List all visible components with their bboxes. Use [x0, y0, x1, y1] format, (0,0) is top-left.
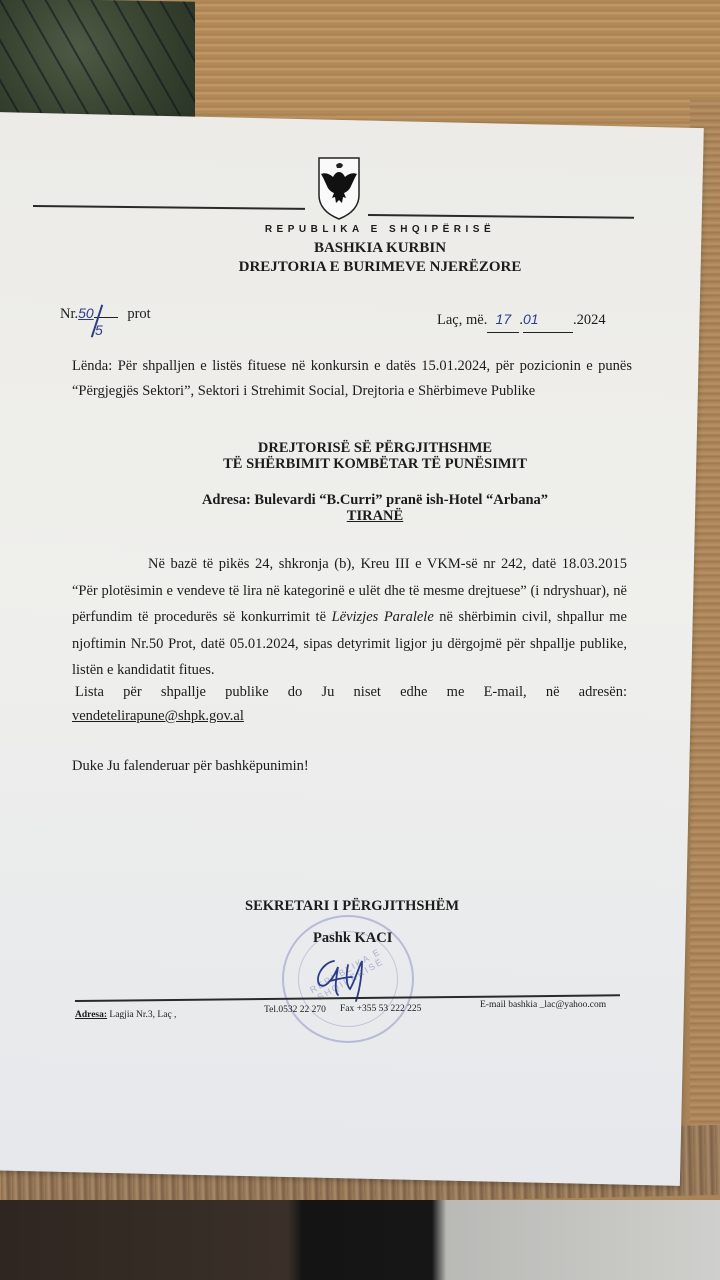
recipient-address: Adresa: Bulevardi “B.Curri” pranë ish-Ho…: [0, 492, 720, 509]
day-handwritten: 17: [487, 307, 519, 333]
prot-label: prot: [127, 306, 150, 322]
albanian-coat-of-arms-icon: [316, 155, 362, 221]
body-paragraph-2: Lista për shpallje publike do Ju niset e…: [75, 680, 627, 705]
signatory-title: SEKRETARI I PËRGJITHSHËM: [245, 898, 459, 915]
year: .2024: [573, 312, 606, 328]
italic-term: Lëvizjes Paralele: [332, 609, 434, 625]
footer-email: E-mail bashkia _lac@yahoo.com: [480, 1000, 606, 1010]
signatory-name: Pashk KACI: [313, 930, 392, 947]
nr-handwritten: 50: [78, 305, 94, 321]
recipient-line-2: TË SHËRBIMIT KOMBËTAR TË PUNËSIMIT: [0, 456, 720, 473]
department-heading: DREJTORIA E BURIMEVE NJERËZORE: [0, 259, 720, 276]
footer-tel: Tel.0532 22 270: [264, 1005, 326, 1015]
nr-label: Nr.: [60, 306, 78, 322]
protocol-number: Nr.50 prot: [60, 301, 151, 327]
place-date: Laç, më.17.01.2024: [437, 307, 606, 333]
footer-fax: Fax +355 53 222 225: [340, 1004, 421, 1014]
footer-address: Adresa: Lagjia Nr.3, Laç ,: [75, 1010, 176, 1020]
month-handwritten: 01: [523, 307, 573, 333]
header-rule-right: [368, 214, 634, 219]
republic-heading: REPUBLIKA E SHQIPËRISË: [0, 224, 720, 235]
recipient-city: TIRANË: [0, 508, 720, 525]
recipient-line-1: DREJTORISË SË PËRGJITHSHME: [0, 440, 720, 457]
municipality-heading: BASHKIA KURBIN: [0, 240, 720, 257]
body-paragraph-1: Në bazë të pikës 24, shkronja (b), Kreu …: [72, 551, 627, 684]
header-rule-left: [33, 205, 305, 210]
document-content: REPUBLIKA E SHQIPËRISË BASHKIA KURBIN DR…: [0, 0, 720, 1280]
closing-line: Duke Ju falenderuar për bashkëpunimin!: [72, 754, 309, 779]
subject-line: Lënda: Për shpalljen e listës fituese në…: [72, 354, 632, 404]
email-link[interactable]: vendetelirapune@shpk.gov.al: [72, 704, 244, 729]
